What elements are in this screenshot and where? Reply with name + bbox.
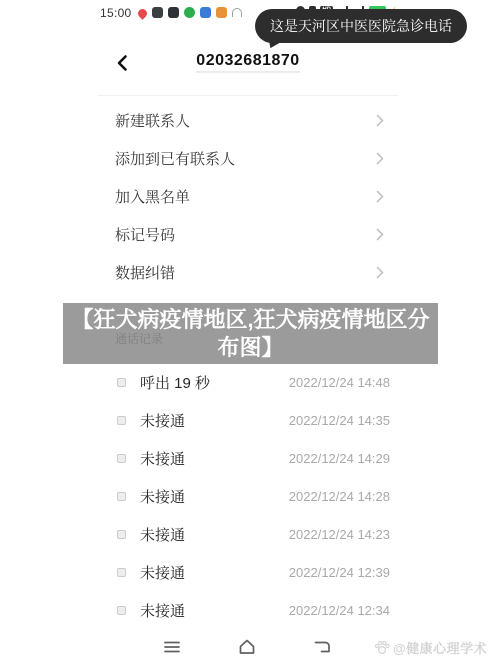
menu-item-label: 加入黑名单 — [115, 186, 376, 207]
call-timestamp: 2022/12/24 12:39 — [289, 565, 390, 580]
call-timestamp: 2022/12/24 14:48 — [289, 375, 390, 390]
phone-screen: 15:00 HD 这是天河区中医医院急诊电话 — [0, 0, 500, 666]
sim-card-icon — [117, 606, 126, 615]
paw-icon — [374, 640, 390, 655]
chevron-right-icon — [376, 228, 384, 241]
call-status: 未接通 — [140, 524, 289, 545]
nav-back-icon — [311, 636, 333, 658]
chevron-right-icon — [376, 266, 384, 279]
phone-number[interactable]: 02032681870 — [98, 52, 398, 70]
location-pin-icon — [136, 7, 149, 20]
sim-card-icon — [117, 492, 126, 501]
nav-back-button[interactable] — [311, 636, 335, 658]
menu-item-blacklist[interactable]: 加入黑名单 — [98, 177, 398, 215]
sim-card-icon — [117, 454, 126, 463]
caller-id-tooltip: 这是天河区中医医院急诊电话 — [255, 9, 467, 43]
call-status: 未接通 — [140, 410, 289, 431]
apps-grid-icon — [168, 7, 179, 18]
action-menu: 新建联系人 添加到已有联系人 加入黑名单 标记号码 数据纠错 — [98, 101, 398, 291]
menu-item-label: 添加到已有联系人 — [115, 148, 376, 169]
call-timestamp: 2022/12/24 14:29 — [289, 451, 390, 466]
clock-time: 15:00 — [100, 6, 132, 20]
chevron-right-icon — [376, 152, 384, 165]
sim-card-icon — [117, 378, 126, 387]
sim-card-icon — [117, 416, 126, 425]
phone-app-icon — [184, 7, 195, 18]
home-icon — [236, 636, 258, 658]
corner-watermark: @健康心理学术 — [374, 638, 487, 657]
watermark-text-line2: 布图】 — [217, 334, 283, 362]
menu-item-label: 新建联系人 — [115, 110, 376, 131]
call-status: 未接通 — [140, 562, 289, 583]
menu-item-label: 数据纠错 — [115, 262, 376, 283]
chevron-right-icon — [376, 190, 384, 203]
call-timestamp: 2022/12/24 14:28 — [289, 489, 390, 504]
call-log-row[interactable]: 呼出 19 秒 2022/12/24 14:48 — [98, 363, 398, 401]
sim-card-icon — [117, 568, 126, 577]
headset-icon — [232, 8, 242, 17]
call-timestamp: 2022/12/24 14:35 — [289, 413, 390, 428]
recents-icon — [161, 636, 183, 658]
menu-item-data-correction[interactable]: 数据纠错 — [98, 253, 398, 291]
call-log-row[interactable]: 未接通 2022/12/24 14:28 — [98, 477, 398, 515]
call-log-row[interactable]: 未接通 2022/12/24 14:23 — [98, 515, 398, 553]
call-log-row[interactable]: 未接通 2022/12/24 14:29 — [98, 439, 398, 477]
watermark-text-line1: 【狂犬病疫情地区,狂犬病疫情地区分 — [71, 306, 429, 334]
watermark-band-overlay: 【狂犬病疫情地区,狂犬病疫情地区分 布图】 — [63, 303, 438, 364]
call-log-row[interactable]: 未接通 2022/12/24 12:34 — [98, 591, 398, 629]
menu-item-create-contact[interactable]: 新建联系人 — [98, 101, 398, 139]
call-status: 呼出 19 秒 — [140, 372, 289, 393]
recents-button[interactable] — [161, 636, 185, 658]
chevron-right-icon — [376, 114, 384, 127]
mail-app-icon — [200, 7, 211, 18]
call-log-list: 呼出 19 秒 2022/12/24 14:48 未接通 2022/12/24 … — [98, 363, 398, 629]
call-log-row[interactable]: 未接通 2022/12/24 14:35 — [98, 401, 398, 439]
call-timestamp: 2022/12/24 14:23 — [289, 527, 390, 542]
header-divider — [98, 95, 398, 96]
call-timestamp: 2022/12/24 12:34 — [289, 603, 390, 618]
message-app-icon — [152, 7, 163, 18]
home-button[interactable] — [236, 636, 260, 658]
call-status: 未接通 — [140, 600, 289, 621]
call-status: 未接通 — [140, 486, 289, 507]
corner-watermark-text: @健康心理学术 — [393, 638, 487, 657]
navigation-bar — [98, 634, 398, 660]
alert-app-icon — [216, 7, 227, 18]
menu-item-mark-number[interactable]: 标记号码 — [98, 215, 398, 253]
sim-card-icon — [117, 530, 126, 539]
menu-item-add-to-existing[interactable]: 添加到已有联系人 — [98, 139, 398, 177]
page-header: 02032681870 — [98, 48, 398, 82]
call-log-row[interactable]: 未接通 2022/12/24 12:39 — [98, 553, 398, 591]
menu-item-label: 标记号码 — [115, 224, 376, 245]
notification-icons — [138, 7, 242, 18]
call-status: 未接通 — [140, 448, 289, 469]
